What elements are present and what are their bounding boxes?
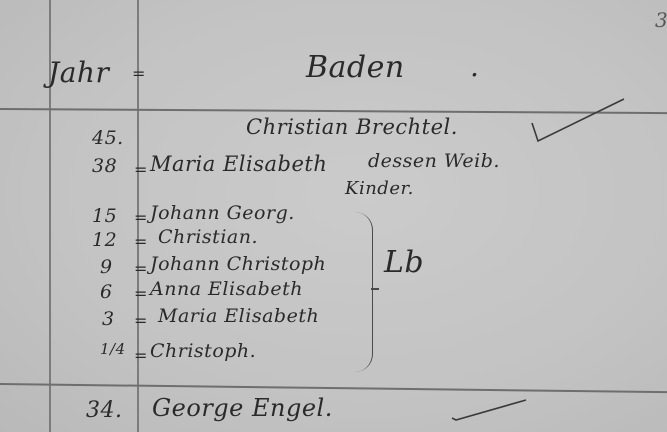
child-age: 6 [100, 281, 113, 303]
child-separator: = [134, 346, 148, 365]
header-separator: = [132, 64, 146, 83]
child-age: 12 [92, 229, 117, 251]
place-suffix: . [470, 50, 479, 83]
spouse-name: Maria Elisabeth [150, 152, 327, 176]
head-age: 34. [86, 398, 123, 423]
children-label: Kinder. [345, 178, 414, 199]
child-name: Christian. [158, 226, 258, 248]
child-separator: = [134, 311, 148, 330]
child-separator: = [134, 232, 148, 251]
checkmark-icon [528, 95, 628, 150]
child-name: Johann Georg. [150, 202, 295, 224]
household-separator-rule [0, 383, 667, 393]
child-age: 1/4 [100, 340, 126, 358]
child-name: Anna Elisabeth [150, 278, 303, 300]
spouse-separator: = [134, 160, 148, 179]
children-bracket-tip [371, 288, 379, 290]
head-name: Christian Brechtel. [246, 115, 458, 139]
child-separator: = [134, 284, 148, 303]
child-age: 15 [92, 205, 117, 227]
page-number: 3 [655, 8, 667, 32]
head-name: George Engel. [152, 394, 333, 422]
spouse-relation: dessen Weib. [368, 150, 500, 172]
child-age: 3 [102, 308, 115, 330]
child-name: Christoph. [150, 340, 256, 362]
child-age: 9 [100, 256, 113, 278]
children-bracket [352, 212, 373, 372]
child-name: Maria Elisabeth [158, 305, 319, 327]
child-name: Johann Christoph [150, 253, 326, 275]
checkmark-icon [448, 398, 528, 422]
place-name: Baden [306, 50, 405, 85]
column-label-jahr: Jahr [48, 56, 109, 89]
bracket-note: Lb [384, 245, 424, 280]
child-separator: = [134, 208, 148, 227]
child-separator: = [134, 259, 148, 278]
head-age: 45. [92, 127, 124, 149]
document-page: 3 Jahr = Baden . 45. Christian Brechtel.… [0, 0, 667, 432]
spouse-age: 38 [92, 155, 117, 177]
